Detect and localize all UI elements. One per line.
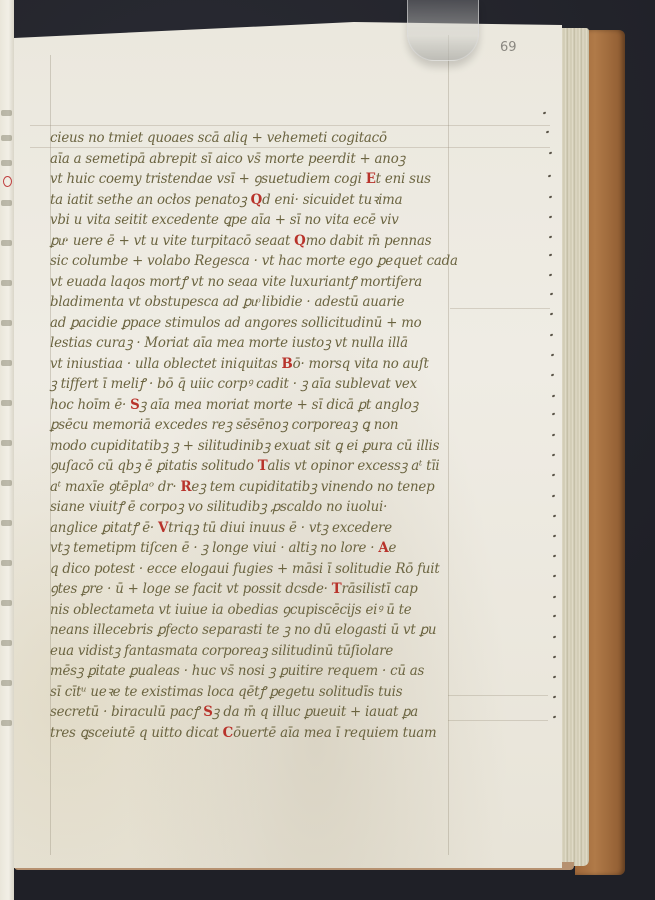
manuscript-line: vt iniustiaa · ulla oblectet iniquitas B… — [50, 354, 465, 375]
rubricated-initial: V — [158, 520, 168, 536]
facing-text-fragment — [1, 240, 12, 246]
line-text: eua vidistꝫ fantasmata corporeaꝫ silitud… — [50, 643, 393, 659]
rubricated-initial: S — [203, 704, 212, 720]
manuscript-line: ad ꝑacidie ꝑpace stimulos ad angores sol… — [50, 313, 465, 334]
facing-rubric-initial — [3, 176, 12, 187]
facing-text-fragment — [1, 600, 12, 606]
facing-text-fragment — [1, 360, 12, 366]
line-text: vtꝫ temetipm tiſcen ē · ꝫ longe viui · a… — [50, 540, 378, 556]
facing-text-fragment — [1, 200, 12, 206]
line-text-continued: rāsilistī cap — [341, 581, 417, 597]
manuscript-line: mēsꝫ ꝑitate ꝑualeas · huc vs̄ nosi ꝫ ꝑui… — [50, 661, 465, 682]
line-text: nis oblectameta vt iuiue ia obedias ꝯcup… — [50, 602, 412, 618]
manuscript-line: ꝫ tiffert ī meliꝭ · bō q̄ uiic corpꝰ cad… — [50, 374, 465, 395]
line-text-continued: eꝫ tem cupiditatibꝫ vinendo no tenep — [191, 479, 434, 495]
manuscript-text-block: cieus no tmiet quoaes scā aliq + vehemet… — [50, 128, 470, 743]
manuscript-line: lestias curaꝫ · Moriat aīa mea morte ius… — [50, 333, 465, 354]
line-text: q dico potest · ecce elogaui fugies + mā… — [50, 561, 440, 577]
line-text-continued: t eni sus — [376, 171, 431, 187]
line-text: cieus no tmiet quoaes scā aliq + vehemet… — [50, 130, 387, 146]
line-text: sī cītᵘ ueꝛe te existimas loca qētꝭ ꝑege… — [50, 684, 402, 700]
manuscript-line: ta iatit sethe an ocłos penatoꝫ Qd eni· … — [50, 190, 465, 211]
line-text: ꝑsēcu memoriā excedes reꝫ sēsēnoꝫ corpor… — [50, 417, 398, 433]
manuscript-line: cieus no tmiet quoaes scā aliq + vehemet… — [50, 128, 465, 149]
line-text: hoc hoīm ē· — [50, 397, 130, 413]
line-text-continued: ꝫ da m̄ q illuc ꝑueuit + iauat ꝑa — [213, 704, 418, 720]
line-text: tres ꝗsceiutē q uitto dicat — [50, 725, 223, 741]
line-text-continued: mo dabit m̄ pennas — [306, 233, 432, 249]
line-text: aīa a semetipā abrepit sī aico vs̄ morte… — [50, 151, 405, 167]
manuscript-line: nis oblectameta vt iuiue ia obedias ꝯcup… — [50, 600, 465, 621]
line-text: ꝯuſacō cū qbꝫ ē ꝑitatis solitudo — [50, 458, 258, 474]
rubricated-initial: Q — [251, 192, 262, 208]
manuscript-line: vtꝫ temetipm tiſcen ē · ꝫ longe viui · a… — [50, 538, 465, 559]
rubricated-initial: R — [180, 479, 191, 495]
manuscript-line: bladimenta vt obstupesca ad ꝑuͦ libidie … — [50, 292, 465, 313]
line-text: ꝑuͦ· uere ē + vt u vite turpitacō seaat — [50, 233, 294, 249]
line-text: anglice ꝑitatꝭ ē· — [50, 520, 158, 536]
facing-text-fragment — [1, 135, 12, 141]
manuscript-line: aīa a semetipā abrepit sī aico vs̄ morte… — [50, 149, 465, 170]
manuscript-line: sic columbe + volabo Regesca · vt hac mo… — [50, 251, 465, 272]
manuscript-line: hoc hoīm ē· Sꝫ aīa mea moriat morte + sī… — [50, 395, 465, 416]
facing-text-fragment — [1, 320, 12, 326]
manuscript-line: ꝯtes ꝑre · ū + loge se facit vt possit d… — [50, 579, 465, 600]
line-text: ꝯtes ꝑre · ū + loge se facit vt possit d… — [50, 581, 332, 597]
line-text: sic columbe + volabo Regesca · vt hac mo… — [50, 253, 458, 269]
rubricated-initial: T — [332, 581, 342, 597]
line-text: secretū · biraculū pacꝭ — [50, 704, 203, 720]
glass-book-weight — [407, 0, 479, 61]
line-text: aᵗ maxīe ꝯtēplaᵒ dr· — [50, 479, 180, 495]
line-text-continued: ōuertē aīa mea ī requiem tuam — [233, 725, 436, 741]
facing-text-fragment — [1, 640, 12, 646]
rubricated-initial: E — [366, 171, 376, 187]
manuscript-line: vt huic coemy tristendae vsī + ꝯsuetudie… — [50, 169, 465, 190]
facing-text-fragment — [1, 720, 12, 726]
facing-text-fragment — [1, 440, 12, 446]
facing-text-fragment — [1, 400, 12, 406]
rubricated-initial: T — [258, 458, 268, 474]
manuscript-line: modo cupiditatibꝫ ꝫ + silitudinibꝫ exuat… — [50, 436, 465, 457]
facing-text-fragment — [1, 520, 12, 526]
line-text: neans illecebris ꝑfecto separasti te ꝫ n… — [50, 622, 436, 638]
manuscript-line: ꝑsēcu memoriā excedes reꝫ sēsēnoꝫ corpor… — [50, 415, 465, 436]
line-text: ad ꝑacidie ꝑpace stimulos ad angores sol… — [50, 315, 422, 331]
line-text-continued: ō· morsq vita no auſt — [293, 356, 429, 372]
line-text-continued: ꝫ aīa mea moriat morte + sī dicā ꝑt angl… — [140, 397, 419, 413]
facing-text-fragment — [1, 560, 12, 566]
line-text: vt huic coemy tristendae vsī + ꝯsuetudie… — [50, 171, 366, 187]
manuscript-line: q dico potest · ecce elogaui fugies + mā… — [50, 559, 465, 580]
manuscript-line: neans illecebris ꝑfecto separasti te ꝫ n… — [50, 620, 465, 641]
line-text: vbi u vita seitit excedente ꝗpe aīa + sī… — [50, 212, 399, 228]
facing-text-fragment — [1, 480, 12, 486]
manuscript-line: tres ꝗsceiutē q uitto dicat Cōuertē aīa … — [50, 723, 465, 744]
folio-number: 69 — [500, 40, 517, 55]
manuscript-line: siane viuitꝭ ē corpoꝫ vo silitudibꝫ ꝓsca… — [50, 497, 465, 518]
manuscript-line: eua vidistꝫ fantasmata corporeaꝫ silitud… — [50, 641, 465, 662]
facing-text-fragment — [1, 160, 12, 166]
rubricated-initial: C — [223, 725, 233, 741]
line-text-continued: alis vt opinor excessꝫ aᵗ tīi — [268, 458, 440, 474]
rubricated-initial: S — [130, 397, 139, 413]
line-text: ta iatit sethe an ocłos penatoꝫ — [50, 192, 251, 208]
ruling-top-line — [30, 125, 550, 126]
line-text: modo cupiditatibꝫ ꝫ + silitudinibꝫ exuat… — [50, 438, 439, 454]
manuscript-line: vt euada laqos mortꝭ vt no seaa vite lux… — [50, 272, 465, 293]
line-text-continued: e — [389, 540, 397, 556]
manuscript-line: ꝯuſacō cū qbꝫ ē ꝑitatis solitudo Talis v… — [50, 456, 465, 477]
manuscript-line: anglice ꝑitatꝭ ē· Vtriqꝫ tū diui inuus ē… — [50, 518, 465, 539]
line-text: mēsꝫ ꝑitate ꝑualeas · huc vs̄ nosi ꝫ ꝑui… — [50, 663, 424, 679]
manuscript-line: aᵗ maxīe ꝯtēplaᵒ dr· Reꝫ tem cupiditatib… — [50, 477, 465, 498]
rubricated-initial: Q — [294, 233, 305, 249]
facing-text-fragment — [1, 280, 12, 286]
manuscript-line: vbi u vita seitit excedente ꝗpe aīa + sī… — [50, 210, 465, 231]
line-text-continued: triqꝫ tū diui inuus ē · vtꝫ excedere — [168, 520, 392, 536]
line-text: lestias curaꝫ · Moriat aīa mea morte ius… — [50, 335, 408, 351]
line-text: bladimenta vt obstupesca ad ꝑuͦ libidie … — [50, 294, 404, 310]
facing-text-fragment — [1, 110, 12, 116]
rubricated-initial: B — [282, 356, 293, 372]
manuscript-line: sī cītᵘ ueꝛe te existimas loca qētꝭ ꝑege… — [50, 682, 465, 703]
line-text: siane viuitꝭ ē corpoꝫ vo silitudibꝫ ꝓsca… — [50, 499, 387, 515]
facing-page-edge — [0, 0, 14, 900]
rubricated-initial: A — [378, 540, 388, 556]
manuscript-line: ꝑuͦ· uere ē + vt u vite turpitacō seaat … — [50, 231, 465, 252]
line-text: vt euada laqos mortꝭ vt no seaa vite lux… — [50, 274, 422, 290]
line-text-continued: d eni· sicuidet tuꝛima — [262, 192, 402, 208]
line-text: ꝫ tiffert ī meliꝭ · bō q̄ uiic corpꝰ cad… — [50, 376, 417, 392]
line-text: vt iniustiaa · ulla oblectet iniquitas — [50, 356, 282, 372]
facing-text-fragment — [1, 680, 12, 686]
manuscript-line: secretū · biraculū pacꝭ Sꝫ da m̄ q illuc… — [50, 702, 465, 723]
